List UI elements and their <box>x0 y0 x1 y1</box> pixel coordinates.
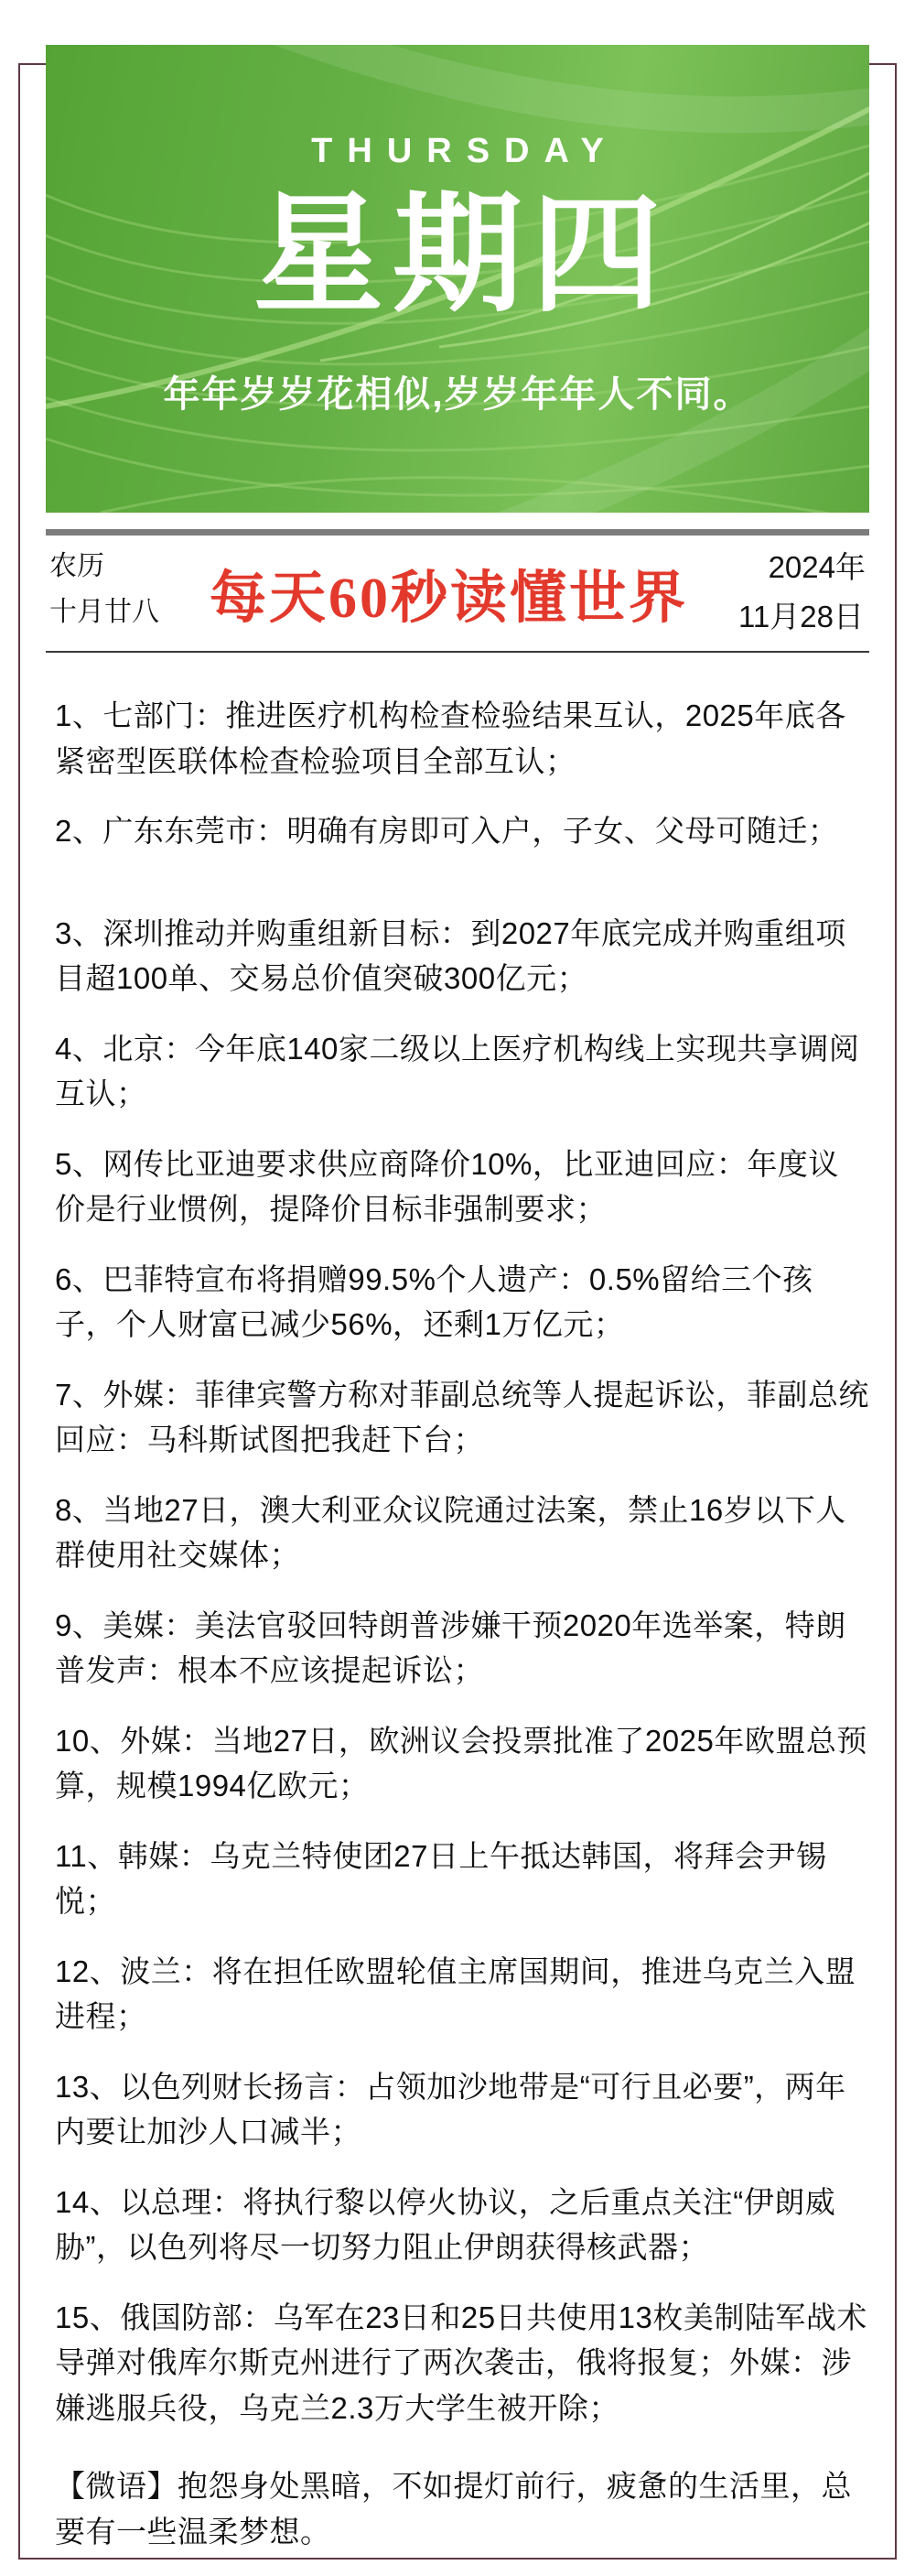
weekday-english: THURSDAY <box>46 132 869 171</box>
news-item-9: 9、美媒：美法官驳回特朗普涉嫌干预2020年选举案，特朗普发声：根本不应该提起诉… <box>55 1603 869 1694</box>
gregorian-date-block: 2024年 11月28日 <box>738 547 866 638</box>
gray-divider-bar <box>46 529 869 536</box>
date-label: 11月28日 <box>738 596 866 638</box>
news-item-2: 2、广东东莞市：明确有房即可入户，子女、父母可随迁； <box>55 808 869 854</box>
weekday-chinese: 星期四 <box>46 184 869 327</box>
date-band-row: 农历 十月廿八 每天60秒读懂世界 2024年 11月28日 <box>46 536 869 653</box>
news-list: 1、七部门：推进医疗机构检查检验结果互认，2025年底各紧密型医联体检查检验项目… <box>55 693 869 2430</box>
lunar-date: 十月廿八 <box>49 592 159 633</box>
news-item-1: 1、七部门：推进医疗机构检查检验结果互认，2025年底各紧密型医联体检查检验项目… <box>55 693 869 784</box>
news-item-13: 13、以色列财长扬言：占领加沙地带是“可行且必要”，两年内要让加沙人口减半； <box>55 2064 869 2155</box>
news-item-10: 10、外媒：当地27日，欧洲议会投票批准了2025年欧盟总预算，规模1994亿欧… <box>55 1718 869 1809</box>
weiyu-quote: 【微语】抱怨身处黑暗，不如提灯前行，疲惫的生活里，总要有一些温柔梦想。 <box>55 2463 869 2554</box>
news-item-3: 3、深圳推动并购重组新目标：到2027年底完成并购重组项目超100单、交易总价值… <box>55 911 869 1001</box>
news-item-12: 12、波兰：将在担任欧盟轮值主席国期间，推进乌克兰入盟进程； <box>55 1949 869 2040</box>
news-item-14: 14、以总理：将执行黎以停火协议，之后重点关注“伊朗威胁”，以色列将尽一切努力阻… <box>55 2180 869 2270</box>
weekday-banner: THURSDAY 星期四 年年岁岁花相似,岁岁年年人不同。 <box>46 45 869 513</box>
lunar-date-block: 农历 十月廿八 <box>49 547 159 638</box>
date-band: 农历 十月廿八 每天60秒读懂世界 2024年 11月28日 <box>46 529 869 653</box>
news-item-15: 15、俄国防部：乌军在23日和25日共使用13枚美制陆军战术导弹对俄库尔斯克州进… <box>55 2295 869 2431</box>
year-label: 2024年 <box>738 547 866 589</box>
news-item-7: 7、外媒：菲律宾警方称对菲副总统等人提起诉讼，菲副总统回应：马科斯试图把我赶下台… <box>55 1372 869 1463</box>
news-item-5: 5、网传比亚迪要求供应商降价10%，比亚迪回应：年度议价是行业惯例，提降价目标非… <box>55 1142 869 1232</box>
page-title: 每天60秒读懂世界 <box>210 552 688 633</box>
banner-quote: 年年岁岁花相似,岁岁年年人不同。 <box>46 365 869 417</box>
news-item-8: 8、当地27日，澳大利亚众议院通过法案，禁止16岁以下人群使用社交媒体； <box>55 1488 869 1578</box>
news-item-6: 6、巴菲特宣布将捐赠99.5%个人遗产：0.5%留给三个孩子，个人财富已减少56… <box>55 1257 869 1348</box>
lunar-label: 农历 <box>49 547 159 587</box>
news-item-11: 11、韩媒：乌克兰特使团27日上午抵达韩国，将拜会尹锡悦； <box>55 1834 869 1924</box>
news-item-4: 4、北京：今年底140家二级以上医疗机构线上实现共享调阅互认； <box>55 1026 869 1117</box>
